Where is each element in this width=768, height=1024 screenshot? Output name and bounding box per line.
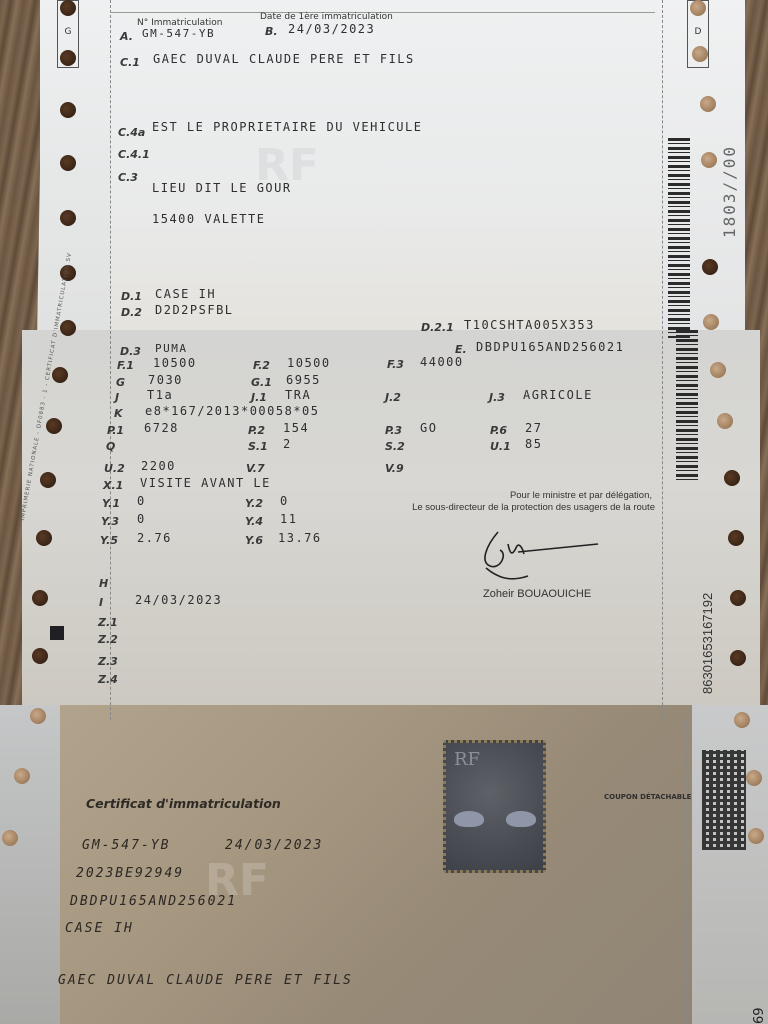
field-U2-value: 2200 xyxy=(141,459,176,473)
field-Y6-value: 13.76 xyxy=(278,531,322,545)
field-F2-label: F.2 xyxy=(253,359,270,372)
field-F2-value: 10500 xyxy=(287,356,331,370)
form-upper-section xyxy=(37,0,743,340)
tractor-hole xyxy=(60,155,76,171)
tractor-hole xyxy=(690,0,706,16)
barcode-lower xyxy=(676,330,698,480)
field-D2-label: D.2 xyxy=(121,306,142,319)
right-vertical-code: 1803//00 xyxy=(720,145,739,238)
right-vertical-number: 86301653167192 xyxy=(700,593,715,694)
sub-director-line: Le sous-directeur de la protection des u… xyxy=(380,502,655,513)
field-Q-label: Q xyxy=(106,440,115,453)
left-stub-letter: G xyxy=(58,27,78,37)
form-middle-section xyxy=(22,330,760,720)
tractor-hole xyxy=(60,320,76,336)
tractor-hole xyxy=(703,314,719,330)
field-J3-value: AGRICOLE xyxy=(523,388,593,402)
field-Y3-label: Y.3 xyxy=(101,515,119,528)
field-Y4-label: Y.4 xyxy=(245,515,263,528)
field-C3-label: C.3 xyxy=(118,171,138,184)
field-Y2-label: Y.2 xyxy=(245,497,263,510)
field-U1-label: U.1 xyxy=(490,440,511,453)
barcode-upper xyxy=(668,138,690,338)
delegation-line: Pour le ministre et par délégation, xyxy=(440,490,652,501)
field-Y2-value: 0 xyxy=(280,494,289,508)
tractor-hole xyxy=(52,367,68,383)
field-X1-value: VISITE AVANT LE xyxy=(140,476,271,490)
field-Y1-label: Y.1 xyxy=(102,497,120,510)
coupon-brand: CASE IH xyxy=(65,921,134,936)
tractor-hole xyxy=(746,770,762,786)
field-Z3-label: Z.3 xyxy=(98,655,118,668)
field-V7-label: V.7 xyxy=(246,462,265,475)
field-D3-label: D.3 xyxy=(120,345,141,358)
field-P2-label: P.2 xyxy=(248,424,265,437)
field-P1-label: P.1 xyxy=(107,424,124,437)
perforation-line-right xyxy=(662,0,663,720)
tractor-hole xyxy=(32,590,48,606)
tractor-hole xyxy=(692,46,708,62)
field-G1-label: G.1 xyxy=(251,376,272,389)
field-P3-value: GO xyxy=(420,421,437,435)
tractor-hole xyxy=(60,0,76,16)
field-E-value: DBDPU165AND256021 xyxy=(476,340,624,354)
left-strip-bottom xyxy=(0,705,60,1024)
tractor-hole xyxy=(734,712,750,728)
field-Y1-value: 0 xyxy=(137,494,146,508)
datamatrix-code xyxy=(702,750,746,850)
tractor-hole xyxy=(728,530,744,546)
tractor-hole xyxy=(748,828,764,844)
field-D1-label: D.1 xyxy=(121,290,142,303)
field-K-label: K xyxy=(114,407,123,420)
field-Z1-label: Z.1 xyxy=(98,616,118,629)
tractor-hole xyxy=(730,590,746,606)
address-line1: LIEU DIT LE GOUR xyxy=(152,181,292,195)
field-A-label: A. xyxy=(120,30,133,43)
field-D21-value: T10CSHTA005X353 xyxy=(464,318,595,332)
field-J3-label: J.3 xyxy=(489,391,505,404)
field-Y6-label: Y.6 xyxy=(245,534,263,547)
field-Y5-label: Y.5 xyxy=(100,534,118,547)
field-U1-value: 85 xyxy=(525,437,542,451)
address-line2: 15400 VALETTE xyxy=(152,212,265,226)
field-P1-value: 6728 xyxy=(144,421,179,435)
stamp-hand-icon xyxy=(454,811,484,827)
field-Y5-value: 2.76 xyxy=(137,531,172,545)
field-G1-value: 6955 xyxy=(286,373,321,387)
field-S2-label: S.2 xyxy=(385,440,405,453)
tractor-hole xyxy=(710,362,726,378)
field-J-value: T1a xyxy=(147,388,173,402)
tractor-hole xyxy=(717,413,733,429)
field-C4a-label: C.4a xyxy=(118,126,145,139)
tractor-hole xyxy=(60,102,76,118)
coupon-detachable-label: COUPON DÉTACHABLE xyxy=(604,793,691,801)
field-Z4-label: Z.4 xyxy=(98,673,118,686)
first-reg-caption: Date de 1ère immatriculation xyxy=(260,12,393,22)
tractor-hole xyxy=(46,418,62,434)
field-Y3-value: 0 xyxy=(137,512,146,526)
field-C1-value: GAEC DUVAL CLAUDE PERE ET FILS xyxy=(153,52,415,66)
coupon-vin: DBDPU165AND256021 xyxy=(70,894,237,909)
right-stub-letter: D xyxy=(688,27,708,37)
field-G-value: 7030 xyxy=(148,373,183,387)
field-F1-label: F.1 xyxy=(117,359,134,372)
signer-name: Zoheir BOUAOUICHE xyxy=(483,588,591,600)
bottom-right-fragment: 69 xyxy=(752,1007,767,1024)
field-U2-label: U.2 xyxy=(104,462,125,475)
field-J-label: J xyxy=(115,391,119,404)
stamp-rf-text: RF xyxy=(454,749,480,770)
field-I-value: 24/03/2023 xyxy=(135,593,222,607)
field-X1-label: X.1 xyxy=(103,479,123,492)
tractor-hole xyxy=(40,472,56,488)
field-G-label: G xyxy=(116,376,125,389)
stamp-hand-icon xyxy=(506,811,536,827)
tractor-hole xyxy=(724,470,740,486)
coupon-holder: GAEC DUVAL CLAUDE PERE ET FILS xyxy=(58,973,353,988)
tractor-hole xyxy=(32,648,48,664)
coupon-formula-number: 2023BE92949 xyxy=(76,866,184,881)
field-P6-value: 27 xyxy=(525,421,542,435)
field-F3-label: F.3 xyxy=(387,358,404,371)
tractor-hole xyxy=(700,96,716,112)
registration-mark xyxy=(50,626,64,640)
field-D1-value: CASE IH xyxy=(155,287,216,301)
tractor-hole xyxy=(2,830,18,846)
security-stamp: RF xyxy=(443,740,546,873)
field-B-label: B. xyxy=(265,25,278,38)
field-B-value: 24/03/2023 xyxy=(288,22,375,36)
field-A-value: GM-547-YB xyxy=(142,27,215,40)
field-F1-value: 10500 xyxy=(153,356,197,370)
field-C41-label: C.4.1 xyxy=(118,148,150,161)
coupon-title: Certificat d'immatriculation xyxy=(86,796,281,811)
tractor-hole xyxy=(14,768,30,784)
perforation-line-left xyxy=(110,0,111,720)
field-D21-label: D.2.1 xyxy=(421,321,454,334)
perforation-line-coupon xyxy=(686,720,687,1024)
field-P6-label: P.6 xyxy=(490,424,507,437)
tractor-hole xyxy=(60,210,76,226)
field-J1-label: J.1 xyxy=(251,391,267,404)
tractor-hole xyxy=(730,650,746,666)
field-S1-value: 2 xyxy=(283,437,292,451)
field-S1-label: S.1 xyxy=(248,440,268,453)
signature-graphic xyxy=(478,528,603,588)
tractor-hole xyxy=(36,530,52,546)
coupon-date: 24/03/2023 xyxy=(225,838,323,853)
field-D3-value: PUMA xyxy=(155,342,188,355)
coupon-plate: GM-547-YB xyxy=(82,838,170,853)
tractor-hole xyxy=(60,50,76,66)
field-P2-value: 154 xyxy=(283,421,309,435)
field-V9-label: V.9 xyxy=(385,462,404,475)
field-K-value: e8*167/2013*00058*05 xyxy=(145,404,320,418)
field-I-label: I xyxy=(99,596,103,609)
field-Y4-value: 11 xyxy=(280,512,297,526)
field-C4a-value: EST LE PROPRIETAIRE DU VEHICULE xyxy=(152,120,422,134)
field-J1-value: TRA xyxy=(285,388,311,402)
field-F3-value: 44000 xyxy=(420,355,464,369)
field-H-label: H xyxy=(99,577,108,590)
field-P3-label: P.3 xyxy=(385,424,402,437)
field-Z2-label: Z.2 xyxy=(98,633,118,646)
field-D2-value: D2D2PSFBL xyxy=(155,303,234,317)
tractor-hole xyxy=(701,152,717,168)
tractor-hole xyxy=(30,708,46,724)
field-J2-label: J.2 xyxy=(385,391,401,404)
field-C1-label: C.1 xyxy=(120,56,140,69)
tractor-hole xyxy=(702,259,718,275)
